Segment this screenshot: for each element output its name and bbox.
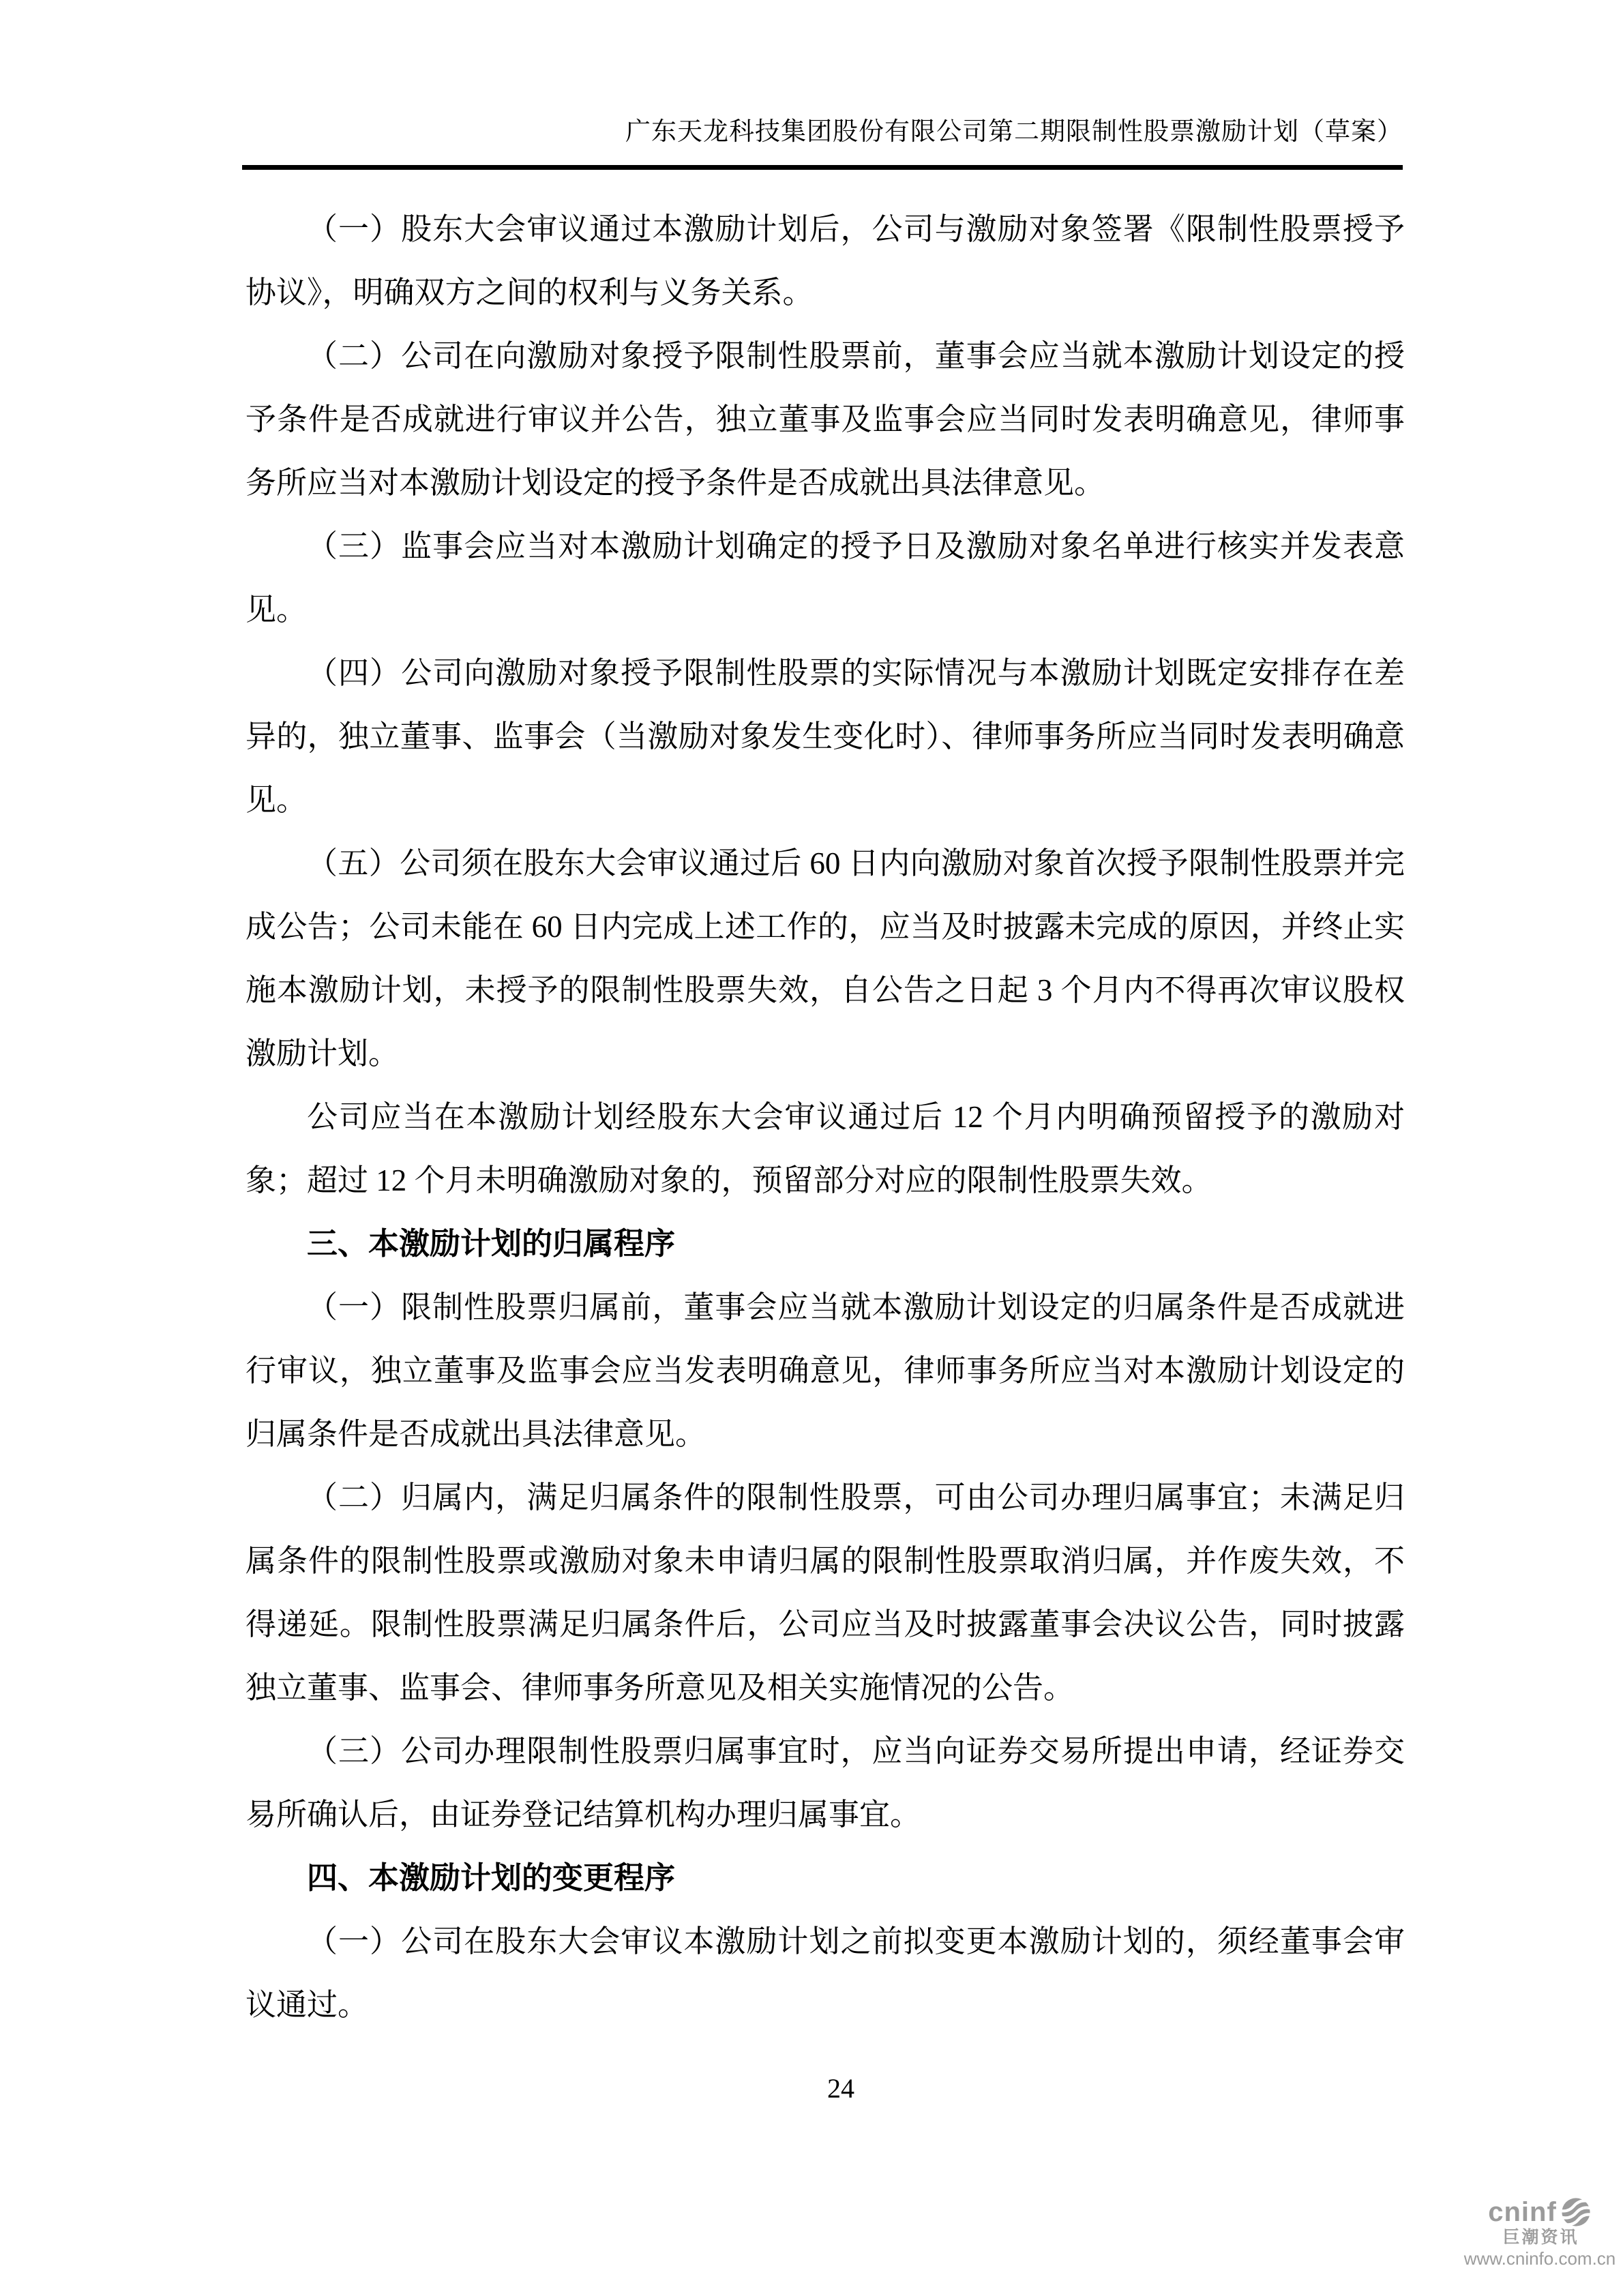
paragraph: （二）归属内，满足归属条件的限制性股票，可由公司办理归属事宜；未满足归属条件的限…	[245, 1466, 1405, 1720]
cninfo-logo-text: cninf	[1488, 2197, 1557, 2227]
paragraph: （四）公司向激励对象授予限制性股票的实际情况与本激励计划既定安排存在差异的，独立…	[245, 642, 1405, 832]
paragraph: （三）监事会应当对本激励计划确定的授予日及激励对象名单进行核实并发表意见。	[245, 515, 1405, 642]
watermark-url: www.cninfo.com.cn	[1460, 2248, 1620, 2269]
paragraph: （一）股东大会审议通过本激励计划后，公司与激励对象签署《限制性股票授予协议》，明…	[245, 198, 1405, 325]
header-rule	[242, 165, 1403, 170]
paragraph: （一）公司在股东大会审议本激励计划之前拟变更本激励计划的，须经董事会审议通过。	[245, 1910, 1405, 2037]
paragraph: 公司应当在本激励计划经股东大会审议通过后 12 个月内明确预留授予的激励对象；超…	[245, 1086, 1405, 1212]
paragraph: （一）限制性股票归属前，董事会应当就本激励计划设定的归属条件是否成就进行审议，独…	[245, 1276, 1405, 1466]
watermark-brand-name: 巨潮资讯	[1460, 2228, 1620, 2248]
page-header-title: 广东天龙科技集团股份有限公司第二期限制性股票激励计划（草案）	[625, 117, 1403, 147]
paragraph: （二）公司在向激励对象授予限制性股票前，董事会应当就本激励计划设定的授予条件是否…	[245, 325, 1405, 515]
watermark-logo-row: cninf	[1460, 2196, 1620, 2228]
document-body: （一）股东大会审议通过本激励计划后，公司与激励对象签署《限制性股票授予协议》，明…	[245, 198, 1405, 2037]
section-heading: 三、本激励计划的归属程序	[245, 1212, 1405, 1276]
section-heading: 四、本激励计划的变更程序	[245, 1847, 1405, 1910]
page-number: 24	[245, 2072, 1405, 2106]
globe-icon	[1560, 2196, 1592, 2228]
paragraph: （五）公司须在股东大会审议通过后 60 日内向激励对象首次授予限制性股票并完成公…	[245, 832, 1405, 1086]
document-page: 广东天龙科技集团股份有限公司第二期限制性股票激励计划（草案） （一）股东大会审议…	[0, 0, 1623, 2296]
cninfo-watermark: cninf 巨潮资讯 www.cninfo.com.cn	[1460, 2196, 1620, 2269]
paragraph: （三）公司办理限制性股票归属事宜时，应当向证券交易所提出申请，经证券交易所确认后…	[245, 1720, 1405, 1847]
